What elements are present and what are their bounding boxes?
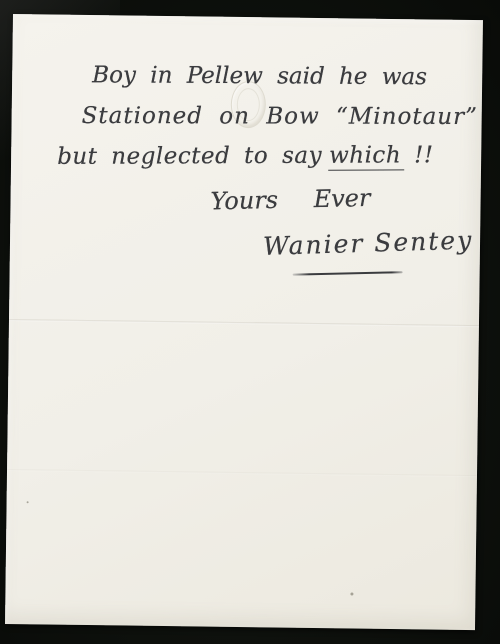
line-3-text: but neglected to say	[57, 143, 322, 170]
photograph-background: Boy in Pellew said he was Stationed on B…	[0, 0, 500, 644]
signature-flourish-underline	[293, 271, 403, 275]
paper-speck	[27, 501, 29, 503]
letter-closing: Yours Ever	[210, 184, 370, 215]
signature: Wanier Sentey	[263, 225, 474, 260]
paper-speck	[350, 592, 353, 595]
fold-crease-faint	[7, 469, 477, 477]
handwritten-line-1: Boy in Pellew said he was	[92, 62, 427, 90]
letter-paper: Boy in Pellew said he was Stationed on B…	[5, 14, 483, 630]
line-3-exclamation: !!	[414, 142, 434, 168]
handwritten-line-3: but neglected to saywhich!!	[57, 142, 434, 170]
fold-crease	[9, 319, 479, 327]
line-3-underlined-word: which	[328, 142, 404, 170]
handwritten-line-2: Stationed on Bow “Minotaur”	[82, 103, 478, 130]
